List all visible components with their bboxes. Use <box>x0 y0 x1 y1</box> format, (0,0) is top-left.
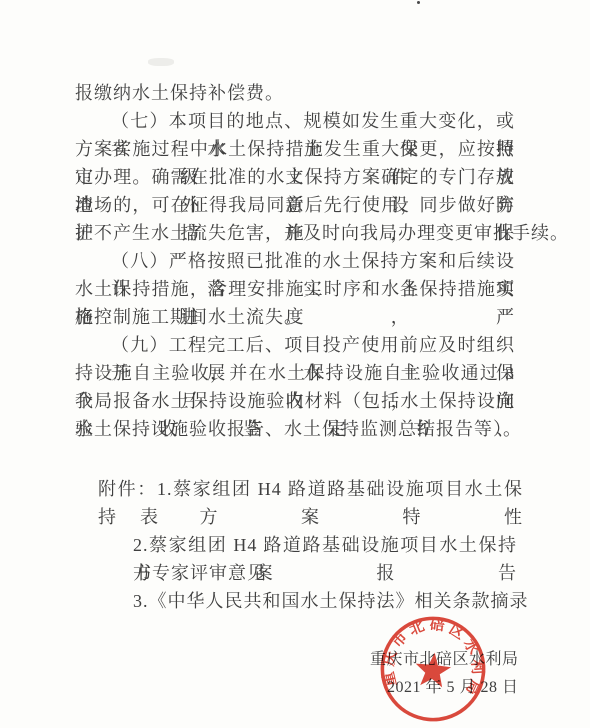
attachment-line: 书专家评审意见 <box>133 559 266 587</box>
attachment-line: 附件：1.蔡家组团 H4 路道路基础设施项目水土保持方案特性 <box>98 475 523 531</box>
attachment-label: 附件： <box>98 479 157 499</box>
attachment-line: 表 <box>140 503 159 531</box>
document-page: 报缴纳水土保持补偿费。 （七）本项目的地点、规模如发生重大变化，或者水土保持 方… <box>0 0 590 728</box>
attachment-line: 3.《中华人民共和国水土保持法》相关条款摘录 <box>133 587 529 615</box>
official-seal: 重庆市北碚区水利局 <box>363 608 504 728</box>
body-line: 证不产生水土流失危害，并及时向我局办理变更审批手续。 <box>75 219 515 247</box>
body-line: 报缴纳水土保持补偿费。 <box>75 79 515 107</box>
scan-smudge <box>148 58 174 66</box>
seal-star-icon <box>414 651 453 688</box>
attachment-item: 1.蔡家组团 H4 路道路基础设施项目水土保持方案特性 <box>98 479 523 527</box>
body-line: 水土保持设施验收报告、水土保持监测总结报告等）。 <box>75 415 515 443</box>
body-line: 格控制施工期间水土流失。 <box>75 303 515 331</box>
scan-artifact-dot <box>417 1 420 4</box>
